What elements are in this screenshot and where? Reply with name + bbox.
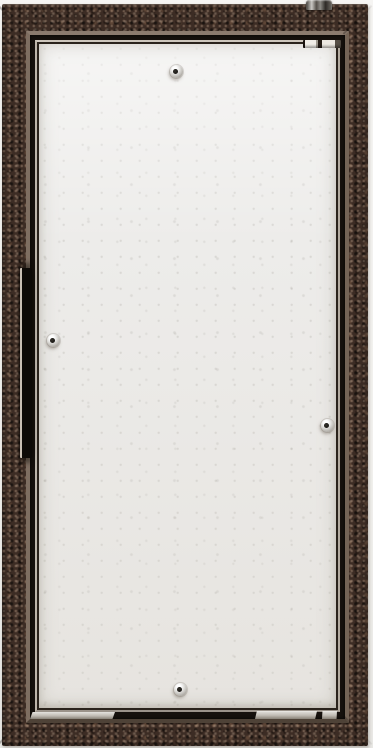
screw-bottom (174, 683, 187, 696)
frame-mitre-seam (0, 715, 27, 745)
screw-right (321, 419, 334, 432)
frame-mitre-seam (0, 5, 27, 35)
frame-opening-reveal (26, 31, 349, 723)
latch-slide (303, 40, 341, 48)
hammered-copper-frame (2, 4, 368, 746)
screw-left (47, 334, 60, 347)
door-leaf (35, 40, 340, 712)
gypsum-board-surface (39, 44, 336, 708)
screw-top (170, 65, 183, 78)
bottom-gap-glint (322, 711, 337, 719)
access-panel-photo (0, 0, 373, 748)
bottom-gap-glint (255, 711, 317, 719)
frame-mitre-seam (343, 715, 373, 745)
hinge-gap (20, 268, 32, 458)
bottom-gap-glint (30, 712, 115, 719)
latch-knob (306, 0, 332, 10)
frame-mitre-seam (343, 5, 373, 35)
